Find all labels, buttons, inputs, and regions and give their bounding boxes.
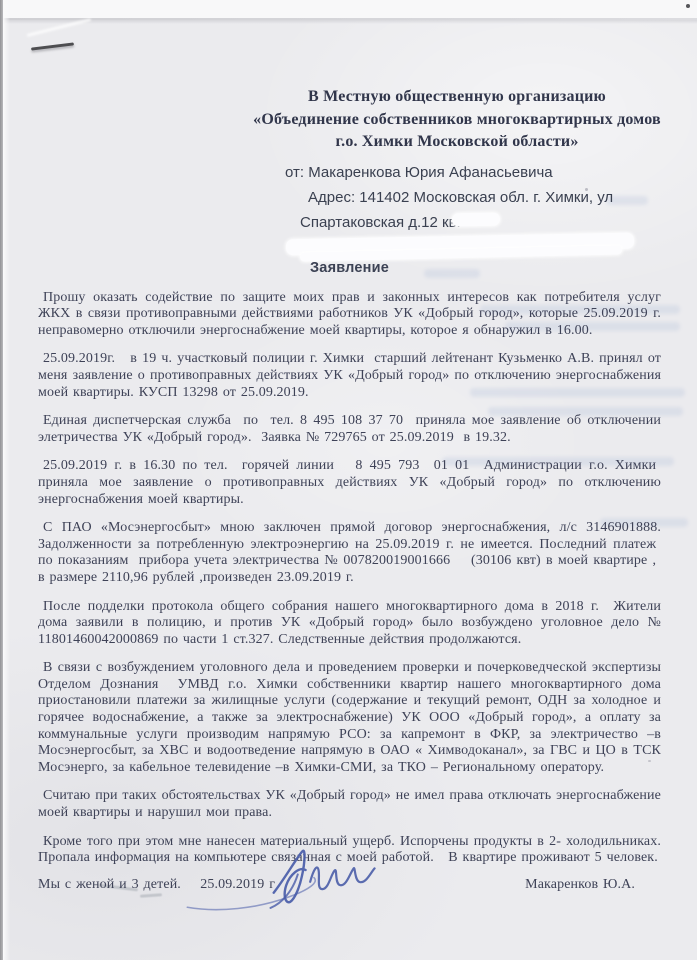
paragraph: Считаю при таких обстоятельствах УК «Доб… [38, 788, 661, 821]
signer-name: Макаренков Ю.А. [525, 877, 661, 894]
paragraph: Прошу оказать содействие по защите моих … [38, 290, 661, 340]
paper-left-edge [3, 0, 10, 960]
paragraph: С ПАО «Мосэнергосбыт» мною заключен прям… [38, 520, 661, 586]
recipient-line: «Объединение собственников многоквартирн… [253, 111, 661, 128]
scanner-background-top [0, 0, 697, 18]
document-body: Заявление Прошу оказать содействие по за… [38, 260, 661, 893]
recipient-block: В Местную общественную организацию «Объе… [250, 86, 664, 154]
paragraph: После подделки протокола общего собрания… [38, 599, 661, 649]
whiteout-redaction [452, 213, 500, 227]
sender-address-line: Адрес: 141402 Московская обл. г. Химки, … [308, 185, 645, 210]
paragraph: 25.09.2019г. в 19 ч. участковый полиции … [38, 351, 661, 401]
sender-from-line: от: Макаренкова Юрия Афанасьевича [285, 164, 553, 181]
document-title: Заявление [38, 260, 661, 277]
recipient-line: В Местную общественную организацию [308, 88, 606, 105]
paragraph: 25.09.2019 г. в 16.30 по тел. горячей ли… [38, 458, 661, 508]
paragraph: Единая диспетчерская служба по тел. 8 49… [38, 413, 661, 446]
handwritten-signature [176, 840, 397, 917]
paper-top-edge-shadow [0, 20, 697, 24]
scanned-document: В Местную общественную организацию «Объе… [0, 0, 697, 960]
dust-speck [686, 4, 690, 8]
recipient-line: г.о. Химки Московской области» [335, 133, 578, 150]
paragraph: В связи с возбуждением уголовного дела и… [38, 660, 661, 776]
